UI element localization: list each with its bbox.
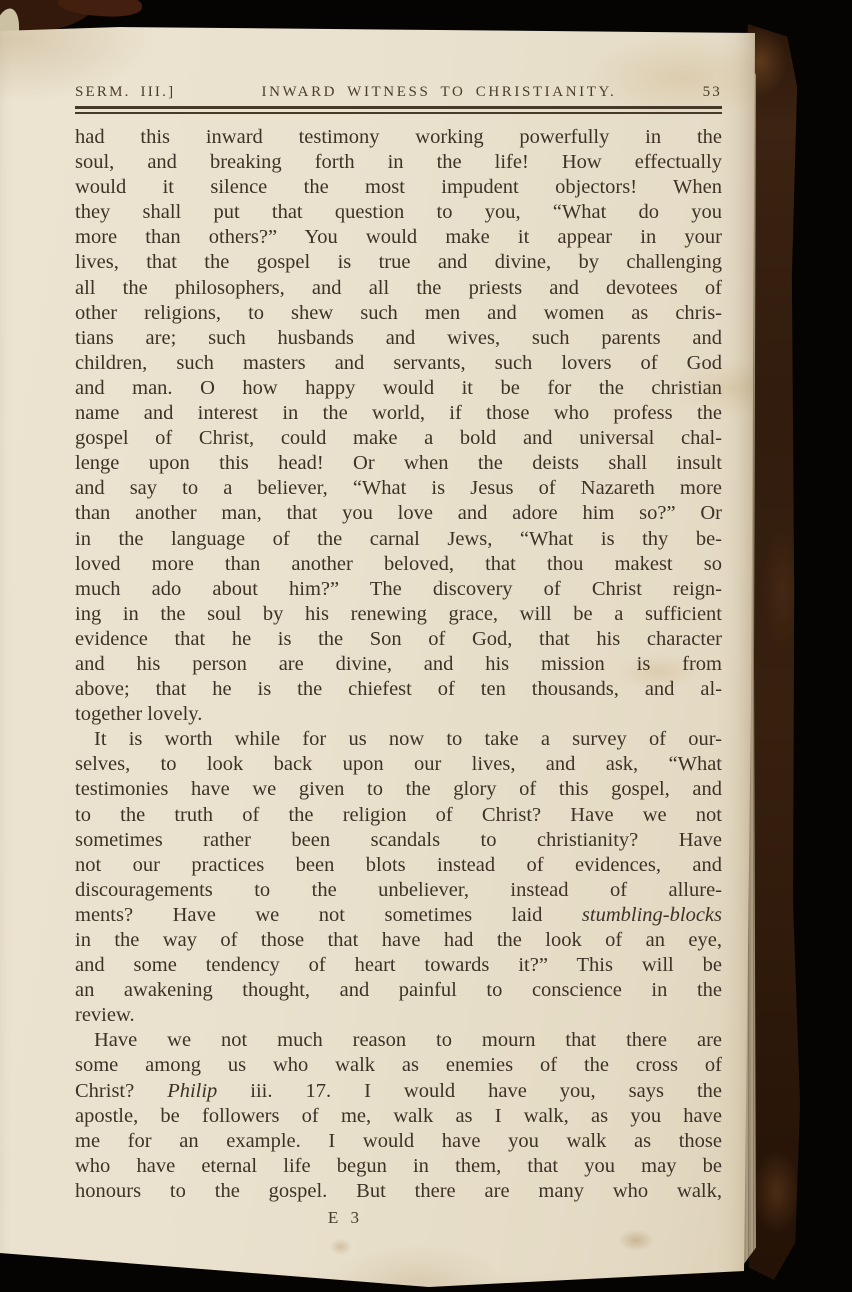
text-segment: loved more than another beloved, that th…: [75, 553, 722, 575]
header-title: INWARD WITNESS TO CHRISTIANITY.: [262, 84, 617, 101]
paragraph: It is worth while for us now to take a s…: [75, 727, 722, 1028]
text-line: and say to a believer, “What is Jesus of…: [75, 476, 722, 501]
text-segment: evidence that he is the Son of God, that…: [75, 628, 722, 650]
text-line: other religions, to shew such men and wo…: [75, 301, 722, 326]
header-rule: [75, 106, 722, 114]
text-segment: It is worth while for us now to take a s…: [94, 728, 722, 750]
running-header: SERM. III.] INWARD WITNESS TO CHRISTIANI…: [75, 84, 722, 101]
text-segment: some among us who walk as enemies of the…: [75, 1054, 722, 1076]
text-line: and his person are divine, and his missi…: [75, 652, 722, 677]
text-segment: who have eternal life begun in them, tha…: [75, 1155, 722, 1177]
text-segment: me for an example. I would have you walk…: [75, 1130, 722, 1152]
text-line: and some tendency of heart towards it?” …: [75, 953, 722, 978]
text-line: Have we not much reason to mourn that th…: [75, 1028, 722, 1053]
text-segment: all the philosophers, and all the priest…: [75, 277, 722, 299]
text-line: honours to the gospel. But there are man…: [75, 1179, 722, 1204]
text-line: than another man, that you love and ador…: [75, 501, 722, 526]
text-segment: lenge upon this head! Or when the deists…: [75, 452, 722, 474]
text-line: all the philosophers, and all the priest…: [75, 276, 722, 301]
text-segment: in the language of the carnal Jews, “Wha…: [75, 528, 722, 550]
text-line: who have eternal life begun in them, tha…: [75, 1154, 722, 1179]
page-body: had this inward testimony working powerf…: [75, 125, 722, 1204]
text-segment: would it silence the most impudent objec…: [75, 176, 722, 198]
text-line: ing in the soul by his renewing grace, w…: [75, 602, 722, 627]
paragraph: Have we not much reason to mourn that th…: [75, 1028, 722, 1204]
signature-mark: E 3: [22, 1208, 669, 1228]
text-segment: to the truth of the religion of Christ? …: [75, 804, 722, 826]
text-line: apostle, be followers of me, walk as I w…: [75, 1104, 722, 1129]
text-segment: soul, and breaking forth in the life! Ho…: [75, 151, 722, 173]
text-segment: ments? Have we not sometimes laid: [75, 904, 582, 926]
text-line: some among us who walk as enemies of the…: [75, 1053, 722, 1078]
paragraph: had this inward testimony working powerf…: [75, 125, 722, 727]
text-segment: iii. 17. I would have you, says the: [217, 1080, 722, 1102]
text-line: children, such masters and servants, suc…: [75, 351, 722, 376]
text-segment: gospel of Christ, could make a bold and …: [75, 427, 722, 449]
text-segment: and man. O how happy would it be for the…: [75, 377, 722, 399]
page-content: SERM. III.] INWARD WITNESS TO CHRISTIANI…: [75, 0, 722, 1228]
header-section: SERM. III.]: [75, 84, 175, 101]
text-segment: discouragements to the unbeliever, inste…: [75, 879, 722, 901]
text-line: more than others?” You would make it app…: [75, 225, 722, 250]
italic-text: stumbling-blocks: [582, 904, 722, 926]
text-line: me for an example. I would have you walk…: [75, 1129, 722, 1154]
text-line: lives, that the gospel is true and divin…: [75, 250, 722, 275]
text-segment: and say to a believer, “What is Jesus of…: [75, 477, 722, 499]
text-line: testimonies have we given to the glory o…: [75, 777, 722, 802]
text-line: above; that he is the chiefest of ten th…: [75, 677, 722, 702]
text-segment: together lovely.: [75, 703, 202, 725]
text-line: in the language of the carnal Jews, “Wha…: [75, 527, 722, 552]
text-segment: apostle, be followers of me, walk as I w…: [75, 1105, 722, 1127]
text-segment: review.: [75, 1004, 135, 1026]
text-segment: tians are; such husbands and wives, such…: [75, 327, 722, 349]
text-line: ments? Have we not sometimes laid stumbl…: [75, 903, 722, 928]
text-segment: Christ?: [75, 1080, 167, 1102]
text-segment: selves, to look back upon our lives, and…: [75, 753, 722, 775]
text-line: they shall put that question to you, “Wh…: [75, 200, 722, 225]
text-segment: honours to the gospel. But there are man…: [75, 1180, 722, 1202]
text-line: evidence that he is the Son of God, that…: [75, 627, 722, 652]
text-segment: more than others?” You would make it app…: [75, 226, 722, 248]
text-line: sometimes rather been scandals to christ…: [75, 828, 722, 853]
text-line: had this inward testimony working powerf…: [75, 125, 722, 150]
text-segment: lives, that the gospel is true and divin…: [75, 251, 722, 273]
text-line: loved more than another beloved, that th…: [75, 552, 722, 577]
text-line: would it silence the most impudent objec…: [75, 175, 722, 200]
text-line: not our practices been blots instead of …: [75, 853, 722, 878]
text-line: tians are; such husbands and wives, such…: [75, 326, 722, 351]
text-line: name and interest in the world, if those…: [75, 401, 722, 426]
text-segment: ing in the soul by his renewing grace, w…: [75, 603, 722, 625]
book-page: SERM. III.] INWARD WITNESS TO CHRISTIANI…: [0, 0, 757, 1292]
text-segment: testimonies have we given to the glory o…: [75, 778, 722, 800]
text-segment: Have we not much reason to mourn that th…: [94, 1029, 722, 1051]
text-segment: an awakening thought, and painful to con…: [75, 979, 722, 1001]
text-line: much ado about him?” The discovery of Ch…: [75, 577, 722, 602]
text-segment: sometimes rather been scandals to christ…: [75, 829, 722, 851]
text-segment: much ado about him?” The discovery of Ch…: [75, 578, 722, 600]
italic-text: Philip: [167, 1080, 217, 1102]
scanned-book-photo: SERM. III.] INWARD WITNESS TO CHRISTIANI…: [0, 0, 852, 1292]
text-segment: other religions, to shew such men and wo…: [75, 302, 722, 324]
text-line: selves, to look back upon our lives, and…: [75, 752, 722, 777]
text-segment: than another man, that you love and ador…: [75, 502, 722, 524]
text-line: and man. O how happy would it be for the…: [75, 376, 722, 401]
text-segment: above; that he is the chiefest of ten th…: [75, 678, 722, 700]
text-line: together lovely.: [75, 702, 722, 727]
text-line: soul, and breaking forth in the life! Ho…: [75, 150, 722, 175]
text-segment: children, such masters and servants, suc…: [75, 352, 722, 374]
text-segment: and some tendency of heart towards it?” …: [75, 954, 722, 976]
text-line: an awakening thought, and painful to con…: [75, 978, 722, 1003]
text-segment: and his person are divine, and his missi…: [75, 653, 722, 675]
text-segment: they shall put that question to you, “Wh…: [75, 201, 722, 223]
page-number: 53: [703, 84, 722, 101]
text-segment: had this inward testimony working powerf…: [75, 126, 722, 148]
text-line: in the way of those that have had the lo…: [75, 928, 722, 953]
text-line: gospel of Christ, could make a bold and …: [75, 426, 722, 451]
text-line: It is worth while for us now to take a s…: [75, 727, 722, 752]
text-line: to the truth of the religion of Christ? …: [75, 803, 722, 828]
text-line: review.: [75, 1003, 722, 1028]
text-segment: in the way of those that have had the lo…: [75, 929, 722, 951]
text-line: Christ? Philip iii. 17. I would have you…: [75, 1079, 722, 1104]
text-segment: not our practices been blots instead of …: [75, 854, 722, 876]
text-segment: name and interest in the world, if those…: [75, 402, 722, 424]
text-line: lenge upon this head! Or when the deists…: [75, 451, 722, 476]
text-line: discouragements to the unbeliever, inste…: [75, 878, 722, 903]
